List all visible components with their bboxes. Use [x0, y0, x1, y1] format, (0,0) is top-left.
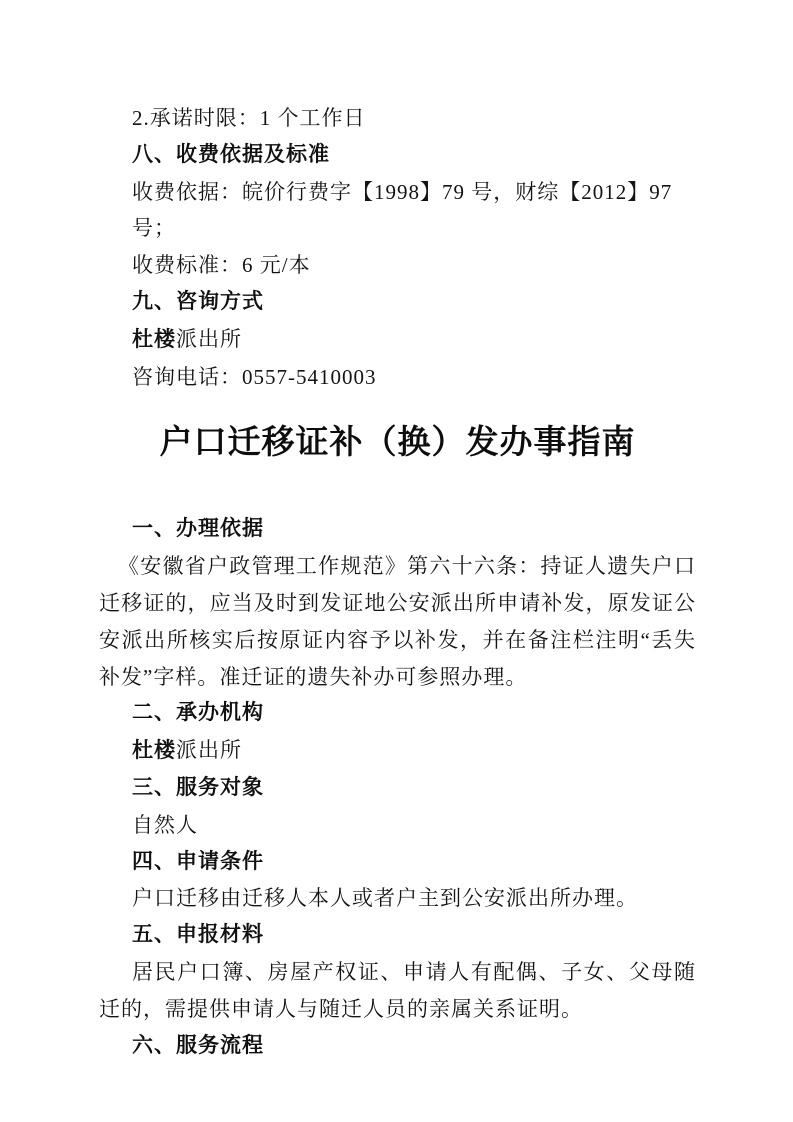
undertaking-agency-line: 杜楼派出所 [99, 732, 696, 770]
application-materials-paragraph: 居民户口簿、房屋产权证、申请人有配偶、子女、父母随迁的，需提供申请人与随迁人员的… [99, 954, 696, 1028]
page-title: 户口迁移证补（换）发办事指南 [99, 413, 696, 473]
heading-1-handling-basis: 一、办理依据 [99, 511, 696, 548]
office-name-bold: 杜楼 [132, 739, 176, 762]
heading-2-undertaking-agency: 二、承办机构 [99, 695, 696, 732]
handling-basis-paragraph: 《安徽省户政管理工作规范》第六十六条：持证人遗失户口迁移证的，应当及时到发证地公… [99, 548, 696, 695]
office-name-bold: 杜楼 [132, 328, 176, 351]
heading-6-service-process: 六、服务流程 [99, 1028, 696, 1065]
consultation-phone-line: 咨询电话：0557-5410003 [99, 359, 696, 396]
consultation-office-line: 杜楼派出所 [99, 321, 696, 359]
application-conditions-line: 户口迁移由迁移人本人或者户主到公安派出所办理。 [99, 880, 696, 917]
office-name-rest: 派出所 [176, 327, 242, 351]
heading-3-service-audience: 三、服务对象 [99, 770, 696, 807]
fee-standard-line: 收费标准：6 元/本 [99, 247, 696, 284]
heading-fee-basis-standard: 八、收费依据及标准 [99, 137, 696, 174]
heading-5-application-materials: 五、申报材料 [99, 917, 696, 954]
heading-consultation-method: 九、咨询方式 [99, 284, 696, 321]
document-page: 2.承诺时限：1 个工作日 八、收费依据及标准 收费依据：皖价行费字【1998】… [0, 0, 793, 1122]
office-name-rest: 派出所 [176, 738, 242, 762]
heading-4-application-conditions: 四、申请条件 [99, 844, 696, 881]
commitment-time-line: 2.承诺时限：1 个工作日 [99, 100, 696, 137]
service-audience-line: 自然人 [99, 807, 696, 844]
fee-basis-line: 收费依据：皖价行费字【1998】79 号，财综【2012】97 号； [99, 174, 696, 248]
